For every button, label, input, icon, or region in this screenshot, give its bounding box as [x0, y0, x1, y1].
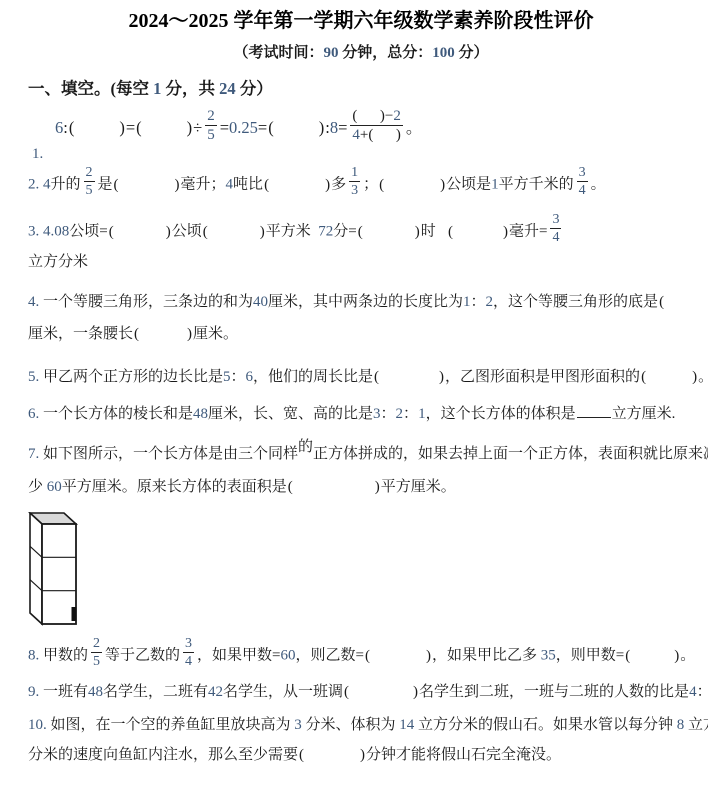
- paren-close: ): [319, 105, 325, 151]
- paren-open: (: [365, 641, 370, 671]
- paren-close: ): [175, 170, 180, 200]
- text-run: 如下图所示，一个长方体是由三个同样: [39, 446, 298, 462]
- question-text: =: [126, 118, 135, 137]
- question-10: 10. 如图，在一个空的养鱼缸里放块高为 3 分米、体积为 14 立方分米的假山…: [28, 710, 694, 770]
- number-text: 5.: [28, 369, 39, 385]
- answer-blank: (): [114, 170, 180, 200]
- fraction: 13: [349, 165, 360, 199]
- number-text: 10.: [28, 717, 47, 733]
- answer-blank: (): [379, 170, 445, 200]
- number-text: 1: [491, 177, 499, 193]
- number-text: 5: [86, 183, 93, 198]
- number-text: 48: [193, 406, 208, 422]
- question-text: 5. 甲乙两个正方形的边长比是5：6，他们的周长比是: [28, 369, 373, 385]
- text-run: 平方厘米。: [381, 479, 456, 495]
- number-text: 1: [351, 165, 358, 180]
- text-run: 时: [421, 224, 447, 240]
- text-run: 毫升=: [509, 224, 547, 240]
- question-text: 7. 如下图所示，一个长方体是由三个同样: [28, 446, 298, 462]
- raised-text: 的: [298, 439, 313, 455]
- answer-blank: (): [448, 217, 508, 247]
- number-text: 2: [93, 636, 100, 651]
- fraction: 25: [205, 108, 217, 145]
- text-run: ，这个等腰三角形的底是: [493, 294, 658, 310]
- text-run: ：: [403, 406, 418, 422]
- text-run: 等于乙数的: [105, 648, 180, 664]
- number-text: 6: [246, 369, 254, 385]
- paren-open: (: [358, 217, 363, 247]
- paren-close: ): [260, 217, 265, 247]
- text-run: 一个长方体的棱长和是: [39, 406, 193, 422]
- number-text: 5: [93, 654, 100, 669]
- question-text: 等于乙数的: [105, 648, 180, 664]
- question-text: 平方厘米。: [381, 479, 456, 495]
- fraction-denominator: 4: [579, 182, 586, 199]
- question-text: :8=: [325, 118, 347, 137]
- text-run: 一个等腰三角形，三条边的和为: [39, 294, 253, 310]
- fraction: ( )−24+( ): [350, 108, 402, 145]
- number-text: 3: [579, 165, 586, 180]
- number-text: 2.: [28, 177, 39, 193]
- fraction-denominator: 4: [552, 229, 559, 246]
- answer-blank: (): [365, 641, 431, 671]
- paren-open: (: [114, 170, 119, 200]
- paren-open: (: [625, 641, 630, 671]
- text-run: 。: [698, 369, 708, 385]
- text-run: 一班有: [39, 684, 88, 700]
- question-text: 名学生到二班，一班与二班的人数的比是4：5。: [419, 684, 708, 700]
- number-text: 40: [253, 294, 268, 310]
- answer-blank: (): [268, 105, 324, 151]
- stacked-cubes-figure: [28, 512, 694, 634]
- fraction-numerator: 2: [205, 108, 217, 126]
- question-line: 8. 甲数的25等于乙数的34，如果甲数=60，则乙数=()，如果甲比乙多 35…: [28, 639, 694, 673]
- fraction-denominator: 5: [93, 653, 100, 670]
- number-text: 8.: [28, 648, 39, 664]
- number-text: 42: [208, 684, 223, 700]
- question-text: 公顷是1平方千米的: [446, 177, 574, 193]
- number-text: 3: [185, 636, 192, 651]
- question-8: 8. 甲数的25等于乙数的34，如果甲数=60，则乙数=()，如果甲比乙多 35…: [28, 639, 694, 673]
- number-text: 1: [463, 294, 471, 310]
- answer-blank: (): [358, 217, 420, 247]
- fraction: 25: [91, 636, 102, 670]
- text-run: ，则甲数=: [556, 648, 624, 664]
- number-text: 14: [399, 717, 414, 733]
- text-run: 少: [28, 479, 47, 495]
- question-line: 5. 甲乙两个正方形的边长比是5：6，他们的周长比是()，乙图形面积是甲图形面积…: [28, 362, 694, 392]
- paren-open: (: [659, 286, 664, 318]
- question-line: 9. 一班有48名学生，二班有42名学生，从一班调()名学生到二班，一班与二班的…: [28, 677, 694, 707]
- question-text: ÷: [193, 118, 202, 137]
- question-line: 厘米，一条腰长()厘米。: [28, 318, 694, 350]
- answer-blank: (): [625, 641, 679, 671]
- question-text: 。: [698, 369, 708, 385]
- question-3: 3. 4.08公顷=()公顷()平方米 72分=()时 ()毫升=34立方分米: [28, 215, 694, 275]
- answer-blank: (): [136, 105, 192, 151]
- number-text: 2: [486, 294, 494, 310]
- paren-open: (: [288, 471, 293, 504]
- number-text: 3: [552, 212, 559, 227]
- stacked-cubes-svg: [28, 512, 110, 632]
- paren-open: (: [299, 740, 304, 770]
- number-text: 4: [226, 177, 234, 193]
- number-text: 4.08: [43, 224, 69, 240]
- question-text: 正方体拼成的，如果去掉上面一个正方体，表面积就比原来减: [313, 446, 708, 462]
- text-run: 分=: [333, 224, 356, 240]
- question-text: 10. 如图，在一个空的养鱼缸里放块高为 3 分米、体积为 14 立方分米的假山…: [28, 717, 708, 733]
- paren-close: ): [440, 170, 445, 200]
- text-run: 升的: [51, 177, 81, 193]
- answer-blank: (): [374, 362, 444, 392]
- number-text: 2: [393, 108, 401, 124]
- question-line: 少 60平方厘米。原来长方体的表面积是()平方厘米。: [28, 471, 694, 504]
- text-run: ：: [471, 294, 486, 310]
- question-text: 是: [98, 177, 113, 193]
- question-9: 9. 一班有48名学生，二班有42名学生，从一班调()名学生到二班，一班与二班的…: [28, 677, 694, 707]
- number-text: 8: [330, 118, 338, 137]
- text-cursor-artifact: [72, 607, 77, 621]
- question-text: ；: [363, 177, 378, 193]
- number-text: 4.: [28, 294, 39, 310]
- number-text: 6: [55, 118, 63, 137]
- paren-open: (: [134, 318, 139, 350]
- text-run: 立方厘米.: [612, 406, 676, 422]
- questions-block-top: 1.6:()=()÷25=0.25=():8=( )−24+( )。2. 4升的…: [28, 105, 694, 504]
- paren-close: ): [187, 105, 193, 151]
- number-text: 3.: [28, 224, 39, 240]
- question-text: 6. 一个长方体的棱长和是48厘米，长、宽、高的比是3：2：1，这个长方体的体积…: [28, 406, 576, 422]
- text-run: 平方千米的: [499, 177, 574, 193]
- number-text: 6.: [28, 406, 39, 422]
- text-run: 分，共: [161, 79, 219, 98]
- paren-close: ): [166, 217, 171, 247]
- paren-close: ): [360, 740, 365, 770]
- question-text: 。: [591, 177, 606, 193]
- question-line: 分米的速度向鱼缸内注水，那么至少需要()分钟才能将假山石完全淹没。: [28, 740, 694, 770]
- question-line: 立方分米: [28, 249, 694, 275]
- text-run: =: [338, 118, 347, 137]
- fraction-denominator: 5: [207, 126, 215, 144]
- number-text: 4: [552, 230, 559, 245]
- paren-close: ): [426, 641, 431, 671]
- text-run: 分米的速度向鱼缸内注水，那么至少需要: [28, 747, 298, 763]
- paren-close: ): [325, 170, 330, 200]
- question-line: 6. 一个长方体的棱长和是48厘米，长、宽、高的比是3：2：1，这个长方体的体积…: [28, 399, 694, 429]
- text-run: ：: [381, 406, 396, 422]
- text-run: 立方分米: [28, 254, 88, 270]
- fraction-numerator: 3: [577, 165, 588, 182]
- fraction-denominator: 3: [351, 182, 358, 199]
- paren-open: (: [136, 105, 142, 151]
- number-text: 0.25: [229, 118, 258, 137]
- fraction: 25: [84, 165, 95, 199]
- question-text: 3. 4.08公顷=: [28, 224, 108, 240]
- text-run: ：: [697, 684, 708, 700]
- text-run: 平方厘米。原来长方体的表面积是: [62, 479, 287, 495]
- text-run: ，乙图形面积是甲图形面积的: [445, 369, 640, 385]
- answer-blank: (): [641, 362, 697, 392]
- text-run: 立方: [684, 717, 708, 733]
- question-line: 4. 一个等腰三角形，三条边的和为40厘米，其中两条边的长度比为1：2，这个等腰…: [28, 286, 694, 318]
- paren-open: (: [264, 170, 269, 200]
- question-text: ，如果甲数=60，则乙数=: [197, 648, 364, 664]
- fraction-numerator: 2: [84, 165, 95, 182]
- question-5: 5. 甲乙两个正方形的边长比是5：6，他们的周长比是()，乙图形面积是甲图形面积…: [28, 362, 694, 392]
- text-run: 公顷是: [446, 177, 491, 193]
- number-text: 2: [396, 406, 404, 422]
- text-run: 一、填空。(每空: [28, 79, 153, 98]
- question-text: 少 60平方厘米。原来长方体的表面积是: [28, 479, 287, 495]
- text-run: 正方体拼成的，如果去掉上面一个正方体，表面积就比原来减: [313, 446, 708, 462]
- exam-info-subtitle: （考试时间：90 分钟，总分：100 分）: [28, 43, 694, 63]
- question-text: 厘米。: [193, 326, 238, 342]
- paren-open: (: [344, 677, 349, 707]
- paren-close: ): [415, 217, 420, 247]
- text-run: 名学生，从一班调: [223, 684, 343, 700]
- paren-close: ): [119, 105, 125, 151]
- text-run: 如图，在一个空的养鱼缸里放块高为: [47, 717, 295, 733]
- text-run: 平方米: [266, 224, 319, 240]
- text-run: 厘米，一条腰长: [28, 326, 133, 342]
- question-text: 分米的速度向鱼缸内注水，那么至少需要: [28, 747, 298, 763]
- fraction: 34: [577, 165, 588, 199]
- text-run: ；: [363, 177, 378, 193]
- fraction-numerator: ( )−2: [350, 108, 402, 126]
- paren-close: ): [187, 318, 192, 350]
- text-run: :: [63, 118, 68, 137]
- paren-open: (: [448, 217, 453, 247]
- number-text: 4: [185, 654, 192, 669]
- text-run: 。: [591, 177, 606, 193]
- text-run: 分钟才能将假山石完全淹没。: [366, 747, 561, 763]
- paren-close: ): [692, 362, 697, 392]
- text-run: 公顷: [172, 224, 202, 240]
- text-run: 甲乙两个正方形的边长比是: [39, 369, 223, 385]
- question-4: 4. 一个等腰三角形，三条边的和为40厘米，其中两条边的长度比为1：2，这个等腰…: [28, 286, 694, 350]
- question-line: 7. 如下图所示，一个长方体是由三个同样的正方体拼成的，如果去掉上面一个正方体，…: [28, 438, 694, 471]
- question-text: 平方米 72分=: [266, 224, 357, 240]
- text-run: ( )−: [352, 108, 393, 124]
- text-run: =: [126, 118, 135, 137]
- question-text: ，乙图形面积是甲图形面积的: [445, 369, 640, 385]
- question-7: 7. 如下图所示，一个长方体是由三个同样的正方体拼成的，如果去掉上面一个正方体，…: [28, 438, 694, 504]
- text-run: 名学生，二班有: [103, 684, 208, 700]
- question-text: 厘米，一条腰长: [28, 326, 133, 342]
- answer-blank: (): [69, 105, 125, 151]
- fraction-numerator: 1: [349, 165, 360, 182]
- answer-blank: (): [264, 170, 330, 200]
- number-text: 9.: [28, 684, 39, 700]
- number-text: 60: [47, 479, 62, 495]
- question-text: 分钟才能将假山石完全淹没。: [366, 747, 561, 763]
- text-run: =: [220, 118, 229, 137]
- text-run: 分）: [455, 45, 489, 61]
- number-text: 72: [318, 224, 333, 240]
- section-heading: 一、填空。(每空 1 分，共 24 分）: [28, 78, 694, 100]
- answer-blank: (): [203, 217, 265, 247]
- question-text: 毫升=: [509, 224, 547, 240]
- cube-front-face: [42, 524, 76, 624]
- answer-blank: (): [344, 677, 418, 707]
- question-2: 2. 4升的25是()毫升；4吨比()多13；()公顷是1平方千米的34。: [28, 168, 694, 202]
- text-run: ÷: [193, 118, 202, 137]
- paren-open: (: [379, 170, 384, 200]
- number-text: 2: [86, 165, 93, 180]
- fraction: 34: [550, 212, 561, 246]
- text-run: 公顷=: [69, 224, 107, 240]
- question-line: 2. 4升的25是()毫升；4吨比()多13；()公顷是1平方千米的34。: [28, 168, 694, 202]
- question-text: 时: [421, 224, 447, 240]
- fraction-numerator: 2: [91, 636, 102, 653]
- paren-open: (: [69, 105, 75, 151]
- paren-close: ): [413, 677, 418, 707]
- text-run: +( ): [360, 127, 401, 143]
- text-run: 分米、体积为: [302, 717, 400, 733]
- answer-blank: (): [109, 217, 171, 247]
- question-line: 3. 4.08公顷=()公顷()平方米 72分=()时 ()毫升=34: [28, 215, 694, 249]
- number-text: 7.: [28, 446, 39, 462]
- cube-side-face: [30, 513, 42, 624]
- question-text: 立方厘米.: [612, 406, 676, 422]
- number-text: 3: [373, 406, 381, 422]
- text-run: 分钟，总分：: [338, 45, 432, 61]
- text-run: ：: [231, 369, 246, 385]
- number-text: 5: [223, 369, 231, 385]
- fraction-denominator: 4: [185, 653, 192, 670]
- number-text: 1.: [32, 146, 43, 162]
- paren-open: (: [203, 217, 208, 247]
- text-run: 毫升；: [181, 177, 226, 193]
- question-1: 1.6:()=()÷25=0.25=():8=( )−24+( )。: [28, 105, 694, 165]
- text-run: 厘米，其中两条边的长度比为: [268, 294, 463, 310]
- question-text: =0.25=: [220, 118, 268, 137]
- text-run: ，如果甲比乙多: [432, 648, 541, 664]
- text-run: 。: [406, 118, 423, 137]
- question-text: 。: [406, 118, 423, 137]
- question-text: 4. 一个等腰三角形，三条边的和为40厘米，其中两条边的长度比为1：2，这个等腰…: [28, 294, 658, 310]
- questions-block-bottom: 8. 甲数的25等于乙数的34，如果甲数=60，则乙数=()，如果甲比乙多 35…: [28, 639, 694, 769]
- number-text: 4: [689, 684, 697, 700]
- question-text: ，如果甲比乙多 35，则甲数=: [432, 648, 624, 664]
- question-text: 立方分米: [28, 254, 88, 270]
- number-text: 35: [541, 648, 556, 664]
- number-text: 60: [281, 648, 296, 664]
- question-text: 。: [680, 648, 695, 664]
- text-run: 厘米，长、宽、高的比是: [208, 406, 373, 422]
- text-run: 吨比: [233, 177, 263, 193]
- paren-close: ): [375, 471, 380, 504]
- fraction-numerator: 3: [183, 636, 194, 653]
- answer-blank: (): [659, 286, 708, 318]
- question-number: 1.: [32, 146, 43, 163]
- text-run: ，如果甲数=: [197, 648, 280, 664]
- paren-open: (: [109, 217, 114, 247]
- paren-open: (: [641, 362, 646, 392]
- question-text: 多: [331, 177, 346, 193]
- fraction: 34: [183, 636, 194, 670]
- question-text: 2. 4升的: [28, 177, 81, 193]
- underline-blank: [577, 404, 611, 418]
- number-text: 3: [351, 183, 358, 198]
- text-run: ，他们的周长比是: [253, 369, 373, 385]
- text-run: 分）: [236, 79, 273, 98]
- page-title: 2024～2025 学年第一学期六年级数学素养阶段性评价: [28, 8, 694, 34]
- text-run: ，这个长方体的体积是: [426, 406, 576, 422]
- question-6: 6. 一个长方体的棱长和是48厘米，长、宽、高的比是3：2：1，这个长方体的体积…: [28, 399, 694, 429]
- number-text: 2: [207, 108, 215, 124]
- number-text: 100: [432, 45, 455, 61]
- text-run: 厘米。: [193, 326, 238, 342]
- number-text: 3: [294, 717, 302, 733]
- exam-paper-page: 2024～2025 学年第一学期六年级数学素养阶段性评价 （考试时间：90 分钟…: [0, 0, 708, 786]
- number-text: 4: [579, 183, 586, 198]
- paren-close: ): [503, 217, 508, 247]
- text-run: ，则乙数=: [296, 648, 364, 664]
- text-run: 是: [98, 177, 113, 193]
- paren-close: ): [674, 641, 679, 671]
- question-text: 8. 甲数的: [28, 648, 88, 664]
- number-text: 24: [219, 79, 236, 98]
- fraction-denominator: 4+( ): [352, 126, 400, 144]
- text-run: 甲数的: [39, 648, 88, 664]
- question-text: 公顷: [172, 224, 202, 240]
- number-text: 4: [352, 127, 360, 143]
- fraction-numerator: 3: [550, 212, 561, 229]
- answer-blank: (): [134, 318, 192, 350]
- text-run: 立方分米的假山石。如果水管以每分钟: [414, 717, 677, 733]
- paren-close: ): [439, 362, 444, 392]
- paren-open: (: [268, 105, 274, 151]
- text-run: （考试时间：: [233, 45, 323, 61]
- question-text: 毫升；4吨比: [181, 177, 264, 193]
- paren-open: (: [374, 362, 379, 392]
- question-text: 6:: [55, 118, 68, 137]
- question-line: 6:()=()÷25=0.25=():8=( )−24+( )。: [55, 105, 422, 151]
- number-text: 90: [323, 45, 338, 61]
- question-line: 10. 如图，在一个空的养鱼缸里放块高为 3 分米、体积为 14 立方分米的假山…: [28, 710, 694, 740]
- number-text: 1: [418, 406, 426, 422]
- fraction-denominator: 5: [86, 182, 93, 199]
- answer-blank: (): [299, 740, 365, 770]
- number-text: 5: [207, 127, 215, 143]
- text-run: 名学生到二班，一班与二班的人数的比是: [419, 684, 689, 700]
- text-run: 多: [331, 177, 346, 193]
- question-text: 9. 一班有48名学生，二班有42名学生，从一班调: [28, 684, 343, 700]
- number-text: 48: [88, 684, 103, 700]
- answer-blank: (): [288, 471, 380, 504]
- number-text: 4: [43, 177, 51, 193]
- text-run: =: [258, 118, 267, 137]
- text-run: 。: [680, 648, 695, 664]
